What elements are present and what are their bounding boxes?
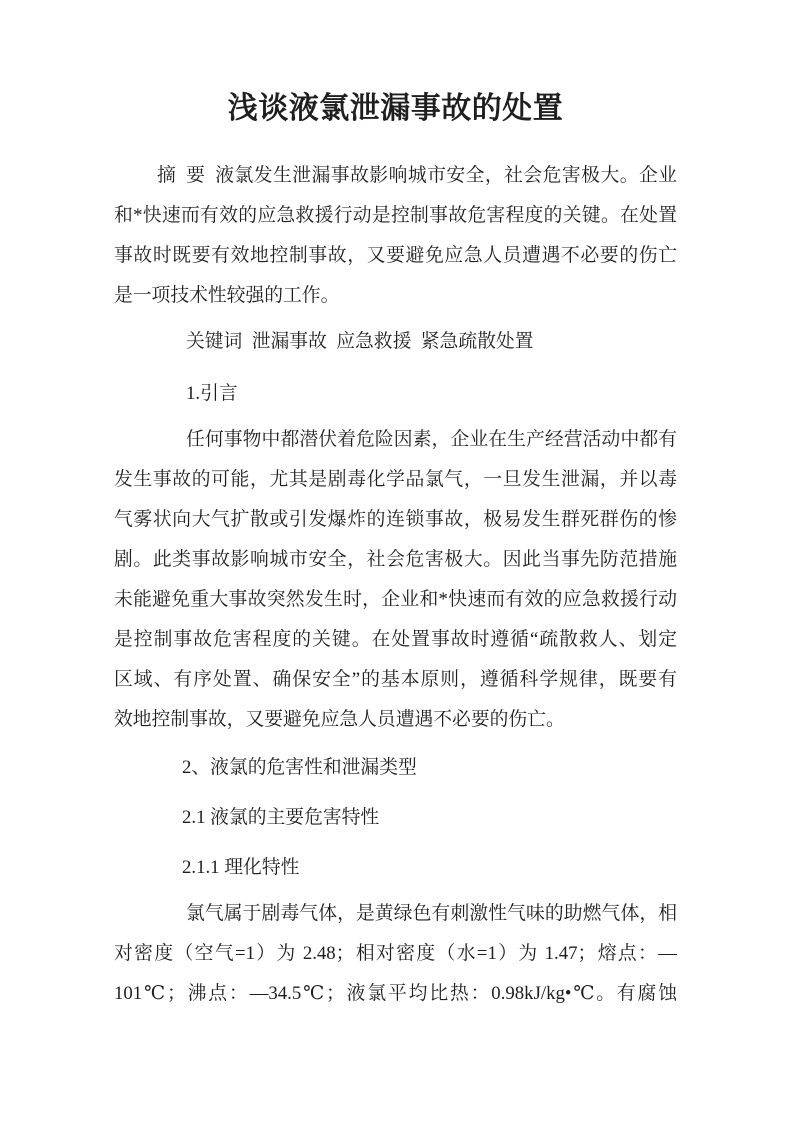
physicochemical-paragraph-line: 氯气属于剧毒气体，是黄绿色有刺激性气味的助燃气体，相 — [114, 894, 677, 934]
introduction-paragraph-line: 剧。此类事故影响城市安全，社会危害极大。因此当事先防范措施 — [114, 540, 677, 580]
section-2-heading-line: 2、液氯的危害性和泄漏类型 — [114, 748, 677, 788]
introduction-paragraph: 任何事物中都潜伏着危险因素，企业在生产经营活动中都有发生事故的可能，尤其是剧毒化… — [114, 420, 677, 740]
section-2-1-heading: 2.1 液氯的主要危害特性 — [114, 798, 677, 838]
section-2-1-1-heading-line: 2.1.1 理化特性 — [114, 848, 677, 888]
section-2-1-1-heading: 2.1.1 理化特性 — [114, 848, 677, 888]
section-2-heading: 2、液氯的危害性和泄漏类型 — [114, 748, 677, 788]
physicochemical-paragraph: 氯气属于剧毒气体，是黄绿色有刺激性气味的助燃气体，相对密度（空气=1）为 2.4… — [114, 894, 677, 1014]
keywords-line: 关键词 泄漏事故 应急救援 紧急疏散处置 — [114, 322, 677, 362]
introduction-paragraph-line: 任何事物中都潜伏着危险因素，企业在生产经营活动中都有 — [114, 420, 677, 460]
physicochemical-paragraph-line: 101℃；沸点：—34.5℃；液氯平均比热：0.98kJ/kg•℃。有腐蚀 — [114, 974, 677, 1014]
abstract-paragraph-line: 和*快速而有效的应急救援行动是控制事故危害程度的关键。在处置 — [114, 196, 677, 236]
abstract-paragraph-line: 是一项技术性较强的工作。 — [114, 276, 677, 316]
introduction-paragraph-line: 效地控制事故，又要避免应急人员遭遇不必要的伤亡。 — [114, 700, 677, 740]
physicochemical-paragraph-line: 对密度（空气=1）为 2.48；相对密度（水=1）为 1.47；熔点：— — [114, 934, 677, 974]
introduction-paragraph-line: 区域、有序处置、确保安全”的基本原则，遵循科学规律，既要有 — [114, 660, 677, 700]
introduction-paragraph-line: 发生事故的可能，尤其是剧毒化学品氯气，一旦发生泄漏，并以毒 — [114, 460, 677, 500]
introduction-paragraph-line: 未能避免重大事故突然发生时，企业和*快速而有效的应急救援行动 — [114, 580, 677, 620]
introduction-paragraph-line: 是控制事故危害程度的关键。在处置事故时遵循“疏散救人、划定 — [114, 620, 677, 660]
abstract-paragraph: 摘 要 液氯发生泄漏事故影响城市安全，社会危害极大。企业和*快速而有效的应急救援… — [114, 156, 677, 316]
document-page: 浅谈液氯泄漏事故的处置 摘 要 液氯发生泄漏事故影响城市安全，社会危害极大。企业… — [0, 0, 793, 1122]
section-1-heading-line: 1.引言 — [114, 374, 677, 414]
section-2-1-heading-line: 2.1 液氯的主要危害特性 — [114, 798, 677, 838]
keywords-line-line: 关键词 泄漏事故 应急救援 紧急疏散处置 — [114, 322, 677, 362]
abstract-paragraph-line: 摘 要 液氯发生泄漏事故影响城市安全，社会危害极大。企业 — [114, 156, 677, 196]
introduction-paragraph-line: 气雾状向大气扩散或引发爆炸的连锁事故，极易发生群死群伤的惨 — [114, 500, 677, 540]
document-body: 摘 要 液氯发生泄漏事故影响城市安全，社会危害极大。企业和*快速而有效的应急救援… — [114, 156, 677, 1014]
section-1-heading: 1.引言 — [114, 374, 677, 414]
document-title: 浅谈液氯泄漏事故的处置 — [114, 86, 677, 132]
abstract-paragraph-line: 事故时既要有效地控制事故，又要避免应急人员遭遇不必要的伤亡 — [114, 236, 677, 276]
